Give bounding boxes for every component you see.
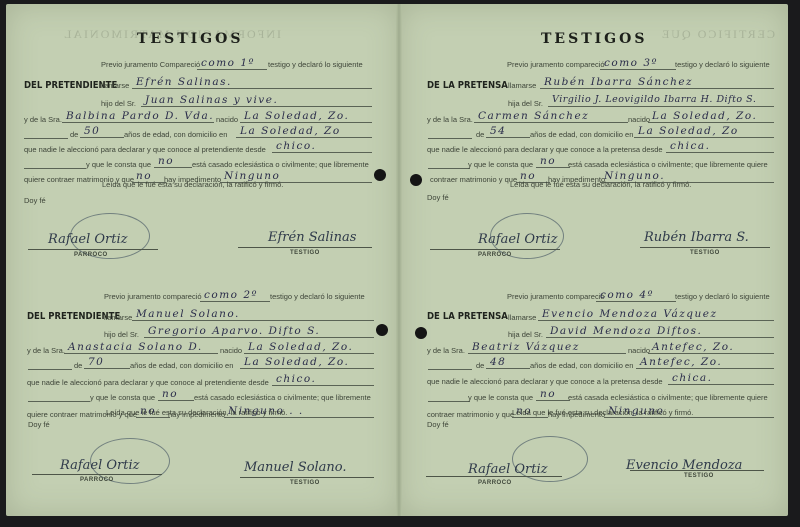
label: y que le consta que <box>468 160 533 169</box>
field-padre[interactable]: Virgilio J. Leovigildo Ibarra H. Difto S… <box>548 94 774 107</box>
field-conoce-desde[interactable]: chica. <box>668 372 774 385</box>
field-llamarse[interactable]: Efrén Salinas. <box>132 76 372 89</box>
testigo-caption: TESTIGO <box>684 473 714 479</box>
parroco-signature: Rafael Ortiz <box>468 462 548 477</box>
field-consta[interactable]: no <box>154 155 192 168</box>
signature-line <box>238 247 372 248</box>
parroco-signature: Rafael Ortiz <box>478 232 558 247</box>
parroco-caption: PARROCO <box>74 252 108 258</box>
label: que nadie le aleccionó para declarar y q… <box>24 145 266 154</box>
label: nacido <box>216 115 238 124</box>
signature-line <box>28 249 158 250</box>
label: Doy fé <box>427 420 449 429</box>
field-padre[interactable]: David Mendoza Diftos. <box>546 325 774 338</box>
parroco-caption: PARROCO <box>478 480 512 486</box>
label: llamarse <box>508 81 536 90</box>
label: Leída que le fué esta su declaración, la… <box>512 408 693 417</box>
label: que nadie le aleccionó para declarar y q… <box>427 377 663 386</box>
field-edad[interactable]: 48 <box>486 356 530 369</box>
label: hija del Sr. <box>508 99 543 108</box>
label: de <box>74 361 82 370</box>
label: de <box>70 130 78 139</box>
page-title-left: TESTIGOS <box>137 31 243 47</box>
field-consta[interactable]: no <box>536 155 570 168</box>
section-label: DE LA PRETENSA <box>427 311 508 322</box>
label: y de la Sra. <box>427 346 465 355</box>
signature-line <box>430 249 560 250</box>
testigo-signature: Efrén Salinas <box>268 230 356 245</box>
label: llamarse <box>101 81 129 90</box>
page-title-right: TESTIGOS <box>541 31 647 47</box>
label: está casada eclesiástica o civilmente; q… <box>568 393 768 402</box>
field-llamarse[interactable]: Evencio Mendoza Vázquez <box>538 308 774 321</box>
label: testigo y declaró lo siguiente <box>270 292 365 301</box>
signature-line <box>32 474 162 475</box>
field-nacido[interactable]: La Soledad, Zo. <box>648 110 774 123</box>
label: años de edad, con domicilio en <box>130 361 233 370</box>
parroco-signature: Rafael Ortiz <box>60 458 140 473</box>
label: y de la la Sra. <box>427 115 473 124</box>
field-domicilio[interactable]: La Soledad, Zo. <box>240 356 374 369</box>
field-nacido[interactable]: La Soledad, Zo. <box>244 341 374 354</box>
label: nacido <box>628 346 650 355</box>
label: hija del Sr. <box>508 330 543 339</box>
field-conoce-desde[interactable]: chico. <box>272 373 374 386</box>
field-madre[interactable]: Beatriz Vázquez <box>468 341 626 354</box>
label: Leída que le fué esta su declaración, la… <box>106 408 287 417</box>
field-padre[interactable]: Gregorio Aparvo. Difto S. <box>144 325 374 338</box>
label: contraer matrimonio y que <box>430 175 517 184</box>
testigo-caption: TESTIGO <box>290 250 320 256</box>
label: y que le consta que <box>468 393 533 402</box>
blank-line <box>28 389 90 402</box>
field-padre[interactable]: Juan Salinas y vive. <box>141 94 372 107</box>
field-comparecio[interactable]: como 3º <box>600 57 676 70</box>
blank-line <box>28 357 72 370</box>
label: y que le consta que <box>90 393 155 402</box>
label: Previo juramento compareció <box>507 60 605 69</box>
field-nacido[interactable]: La Soledad, Zo. <box>240 110 372 123</box>
label: y de la Sra. <box>24 115 62 124</box>
field-edad[interactable]: 54 <box>486 125 530 138</box>
label: Previo juramento Compareció <box>101 60 200 69</box>
section-label: DE LA PRETENSA <box>427 80 508 91</box>
testigo-signature: Manuel Solano. <box>244 460 347 475</box>
field-edad[interactable]: 70 <box>84 356 130 369</box>
field-llamarse[interactable]: Manuel Solano. <box>132 308 374 321</box>
field-domicilio[interactable]: La Soledad, Zo <box>634 125 774 138</box>
label: llamarse <box>508 313 536 322</box>
blank-line <box>24 126 68 139</box>
field-edad[interactable]: 50 <box>80 125 124 138</box>
label: contraer matrimonio y que <box>427 410 514 419</box>
label: Doy fé <box>28 420 50 429</box>
book-gutter <box>396 4 402 516</box>
blank-line <box>428 126 472 139</box>
label: de <box>476 361 484 370</box>
signature-line <box>630 470 764 471</box>
label: años de edad, con domicilio en <box>530 130 633 139</box>
label: Doy fé <box>24 196 46 205</box>
field-comparecio[interactable]: como 1º <box>197 57 267 70</box>
label: años de edad, con domicilio en <box>530 361 633 370</box>
field-consta[interactable]: no <box>536 388 570 401</box>
label: hijo del Sr. <box>101 99 136 108</box>
ghost-header-right: CERTIFICO QUE <box>660 27 775 42</box>
testigo-caption: TESTIGO <box>690 250 720 256</box>
label: Leída que le fué esta su declaración, la… <box>102 180 283 189</box>
label: testigo y declaró lo siguiente <box>268 60 363 69</box>
signature-line <box>426 476 562 477</box>
parroco-caption: PARROCO <box>80 477 114 483</box>
binder-hole <box>376 324 388 336</box>
label: nacido <box>220 346 242 355</box>
field-llamarse[interactable]: Rubén Ibarra Sánchez <box>540 76 774 89</box>
label: está casado eclesiástica o civilmente; q… <box>194 393 371 402</box>
blank-line <box>428 357 472 370</box>
field-madre[interactable]: Balbina Pardo D. Vda. <box>62 110 214 123</box>
label: años de edad, con domicilio en <box>124 130 227 139</box>
parroco-signature: Rafael Ortiz <box>48 232 128 247</box>
binder-hole <box>374 169 386 181</box>
field-comparecio[interactable]: como 4º <box>596 289 676 302</box>
label: está casada eclesiástica o civilmente; q… <box>568 160 768 169</box>
label: Previo juramento compareció <box>507 292 605 301</box>
field-comparecio[interactable]: como 2º <box>200 289 270 302</box>
label: Previo juramento compareció <box>104 292 202 301</box>
label: y que le consta que <box>86 160 151 169</box>
testigo-caption: TESTIGO <box>290 480 320 486</box>
label: que nadie le aleccionó para declarar y q… <box>27 378 269 387</box>
field-conoce-desde[interactable]: chico. <box>272 140 372 153</box>
blank-line <box>428 156 470 169</box>
label: que nadie le aleccionó para declarar y q… <box>427 145 663 154</box>
label: y de la Sra. <box>27 346 65 355</box>
field-domicilio[interactable]: Antefec, Zo. <box>636 356 774 369</box>
testigo-signature: Rubén Ibarra S. <box>644 230 749 245</box>
binder-hole <box>410 174 422 186</box>
blank-line <box>24 156 86 169</box>
parroco-caption: PARROCO <box>478 252 512 258</box>
field-madre[interactable]: Carmen Sánchez <box>474 110 628 123</box>
label: nacido <box>628 115 650 124</box>
label: llamarse <box>104 313 132 322</box>
label: hijo del Sr. <box>104 330 139 339</box>
blank-line <box>428 389 470 402</box>
field-nacido[interactable]: Antefec, Zo. <box>648 341 774 354</box>
label: testigo y declaró lo siguiente <box>675 292 770 301</box>
field-madre[interactable]: Anastacia Solano D. <box>64 341 218 354</box>
signature-line <box>240 477 374 478</box>
field-conoce-desde[interactable]: chica. <box>666 140 774 153</box>
label: testigo y declaró lo siguiente <box>675 60 770 69</box>
signature-line <box>640 247 770 248</box>
label: de <box>476 130 484 139</box>
label: Doy fé <box>427 193 449 202</box>
binder-hole <box>415 327 427 339</box>
field-consta[interactable]: no <box>158 388 194 401</box>
field-domicilio[interactable]: La Soledad, Zo <box>236 125 372 138</box>
label: está casado eclesiástica o civilmente; q… <box>192 160 369 169</box>
label: Leída que le fué esta su declaración, la… <box>510 180 691 189</box>
